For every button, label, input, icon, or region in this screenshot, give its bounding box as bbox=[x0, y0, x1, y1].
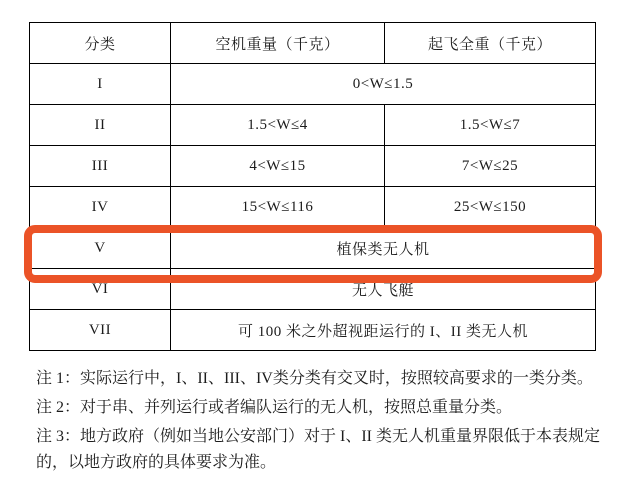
takeoff-weight-cell: 25<W≤150 bbox=[385, 187, 596, 228]
header-empty-weight: 空机重量（千克） bbox=[171, 23, 385, 64]
empty-weight-cell: 4<W≤15 bbox=[171, 146, 385, 187]
classification-table: 分类 空机重量（千克） 起飞全重（千克） I 0<W≤1.5 II 1.5<W≤… bbox=[29, 22, 596, 351]
header-takeoff-weight: 起飞全重（千克） bbox=[385, 23, 596, 64]
merged-value-cell: 0<W≤1.5 bbox=[171, 64, 596, 105]
category-cell: V bbox=[30, 228, 171, 269]
document-page: 分类 空机重量（千克） 起飞全重（千克） I 0<W≤1.5 II 1.5<W≤… bbox=[0, 0, 641, 488]
category-cell: VII bbox=[30, 310, 171, 351]
merged-value-cell: 无人飞艇 bbox=[171, 269, 596, 310]
category-cell: I bbox=[30, 64, 171, 105]
table-row-3: III 4<W≤15 7<W≤25 bbox=[30, 146, 596, 187]
takeoff-weight-cell: 1.5<W≤7 bbox=[385, 105, 596, 146]
empty-weight-cell: 1.5<W≤4 bbox=[171, 105, 385, 146]
table-row-4: IV 15<W≤116 25<W≤150 bbox=[30, 187, 596, 228]
merged-value-cell: 植保类无人机 bbox=[171, 228, 596, 269]
footnotes: 注 1：实际运行中，I、II、III、IV类分类有交叉时，按照较高要求的一类分类… bbox=[36, 366, 614, 479]
note-2: 注 2：对于串、并列运行或者编队运行的无人机，按照总重量分类。 bbox=[36, 395, 614, 421]
table-row-1: I 0<W≤1.5 bbox=[30, 64, 596, 105]
header-row: 分类 空机重量（千克） 起飞全重（千克） bbox=[30, 23, 596, 64]
table-row-2: II 1.5<W≤4 1.5<W≤7 bbox=[30, 105, 596, 146]
table-row-5-highlighted: V 植保类无人机 bbox=[30, 228, 596, 269]
table-row-6: VI 无人飞艇 bbox=[30, 269, 596, 310]
category-cell: III bbox=[30, 146, 171, 187]
header-category: 分类 bbox=[30, 23, 171, 64]
category-cell: II bbox=[30, 105, 171, 146]
empty-weight-cell: 15<W≤116 bbox=[171, 187, 385, 228]
note-1: 注 1：实际运行中，I、II、III、IV类分类有交叉时，按照较高要求的一类分类… bbox=[36, 366, 614, 392]
category-cell: VI bbox=[30, 269, 171, 310]
note-3: 注 3：地方政府（例如当地公安部门）对于 I、II 类无人机重量界限低于本表规定… bbox=[36, 424, 614, 476]
merged-value-cell: 可 100 米之外超视距运行的 I、II 类无人机 bbox=[171, 310, 596, 351]
takeoff-weight-cell: 7<W≤25 bbox=[385, 146, 596, 187]
category-cell: IV bbox=[30, 187, 171, 228]
table-row-7: VII 可 100 米之外超视距运行的 I、II 类无人机 bbox=[30, 310, 596, 351]
